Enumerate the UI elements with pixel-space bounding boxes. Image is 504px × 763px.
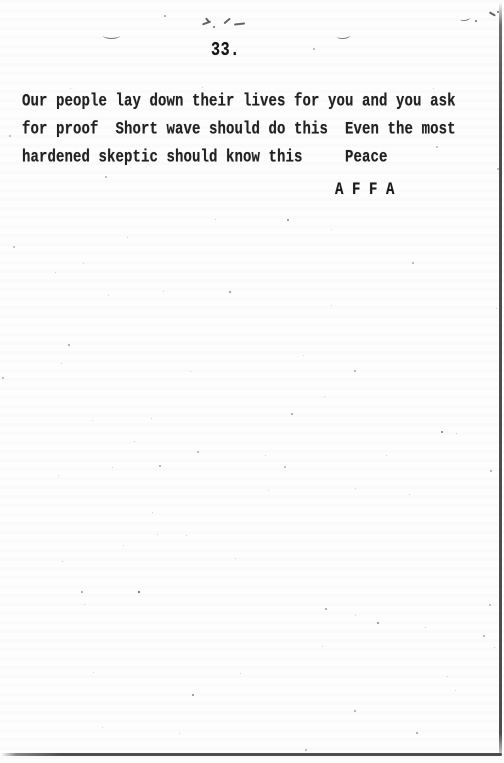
ink-speck: [197, 451, 199, 453]
ink-speck: [447, 676, 448, 677]
ink-speck: [268, 490, 269, 491]
scan-edge-bottom: [1, 753, 502, 756]
ink-speck: [13, 246, 15, 248]
ink-speck: [186, 535, 187, 536]
ink-speck: [489, 604, 491, 606]
ink-speck: [105, 176, 107, 178]
signature-affa: A F F A: [335, 180, 395, 200]
ink-speck: [240, 673, 241, 674]
pen-mark: [489, 11, 496, 16]
ink-speck: [443, 96, 445, 98]
ink-speck: [416, 732, 418, 734]
ink-speck: [490, 470, 492, 472]
ink-speck: [284, 466, 286, 468]
ink-speck: [441, 431, 443, 433]
ink-speck: [352, 120, 353, 121]
ink-speck: [9, 135, 11, 137]
ink-speck: [163, 291, 164, 292]
ink-speck: [303, 355, 304, 356]
ink-speck: [305, 749, 307, 751]
ink-speck: [127, 237, 128, 238]
pen-mark: [234, 22, 245, 25]
ink-speck: [412, 262, 414, 264]
ink-speck: [134, 441, 135, 442]
document-page: 33. Our people lay down their lives for …: [0, 0, 504, 763]
pen-mark: [337, 32, 350, 39]
ink-speck: [455, 690, 456, 691]
paragraph-line: for proof Short wave should do this Even…: [22, 117, 456, 145]
pen-mark: [103, 32, 120, 39]
ink-speck: [179, 733, 180, 734]
ink-speck: [55, 272, 56, 273]
ink-speck: [164, 15, 166, 17]
ink-speck: [324, 396, 325, 397]
ink-speck: [409, 494, 410, 495]
ink-speck: [355, 488, 356, 489]
ink-speck: [456, 433, 457, 434]
ink-speck: [108, 295, 109, 296]
pen-mark: [223, 18, 230, 24]
ink-speck: [313, 48, 315, 50]
ink-speck: [92, 420, 93, 421]
ink-speck: [331, 229, 332, 230]
ink-speck: [355, 615, 356, 616]
ink-speck: [291, 413, 293, 415]
ink-speck: [229, 291, 231, 293]
ink-speck: [215, 219, 216, 220]
ink-speck: [433, 88, 434, 89]
ink-speck: [386, 455, 387, 456]
ink-speck: [354, 370, 356, 372]
ink-speck: [2, 377, 4, 379]
pen-mark: [475, 20, 477, 22]
ink-speck: [331, 305, 332, 306]
page-number: 33.: [211, 39, 240, 61]
paragraph-line: Our people lay down their lives for you …: [22, 89, 456, 117]
ink-speck: [151, 418, 152, 419]
ink-speck: [93, 672, 94, 673]
ink-speck: [81, 591, 83, 593]
ink-speck: [425, 627, 426, 628]
ink-speck: [377, 622, 379, 624]
ink-speck: [68, 344, 70, 346]
pen-mark: [213, 26, 215, 28]
ink-speck: [61, 363, 62, 364]
ink-speck: [354, 710, 356, 712]
ink-speck: [70, 88, 71, 89]
ink-speck: [322, 646, 323, 647]
ink-speck: [84, 604, 85, 605]
ink-speck: [83, 263, 84, 264]
ink-speck: [192, 694, 194, 696]
ink-speck: [436, 146, 438, 148]
ink-speck: [287, 219, 289, 221]
ink-speck: [138, 591, 140, 593]
scan-edge-right: [499, 2, 502, 756]
ink-speck: [58, 475, 59, 476]
ink-speck: [496, 308, 497, 309]
ink-speck: [202, 87, 203, 88]
ink-speck: [483, 635, 485, 637]
ink-speck: [62, 561, 63, 562]
ink-speck: [102, 727, 103, 728]
paragraph-line: hardened skeptic should know this Peace: [22, 145, 388, 173]
ink-speck: [235, 558, 236, 559]
ink-speck: [159, 465, 161, 467]
ink-speck: [112, 467, 113, 468]
ink-speck: [123, 545, 124, 546]
ink-speck: [325, 608, 327, 610]
ink-speck: [190, 371, 191, 372]
ink-speck: [157, 534, 158, 535]
pen-mark: [460, 15, 471, 22]
ink-speck: [494, 647, 495, 648]
ink-speck: [152, 512, 153, 513]
ink-speck: [265, 455, 266, 456]
